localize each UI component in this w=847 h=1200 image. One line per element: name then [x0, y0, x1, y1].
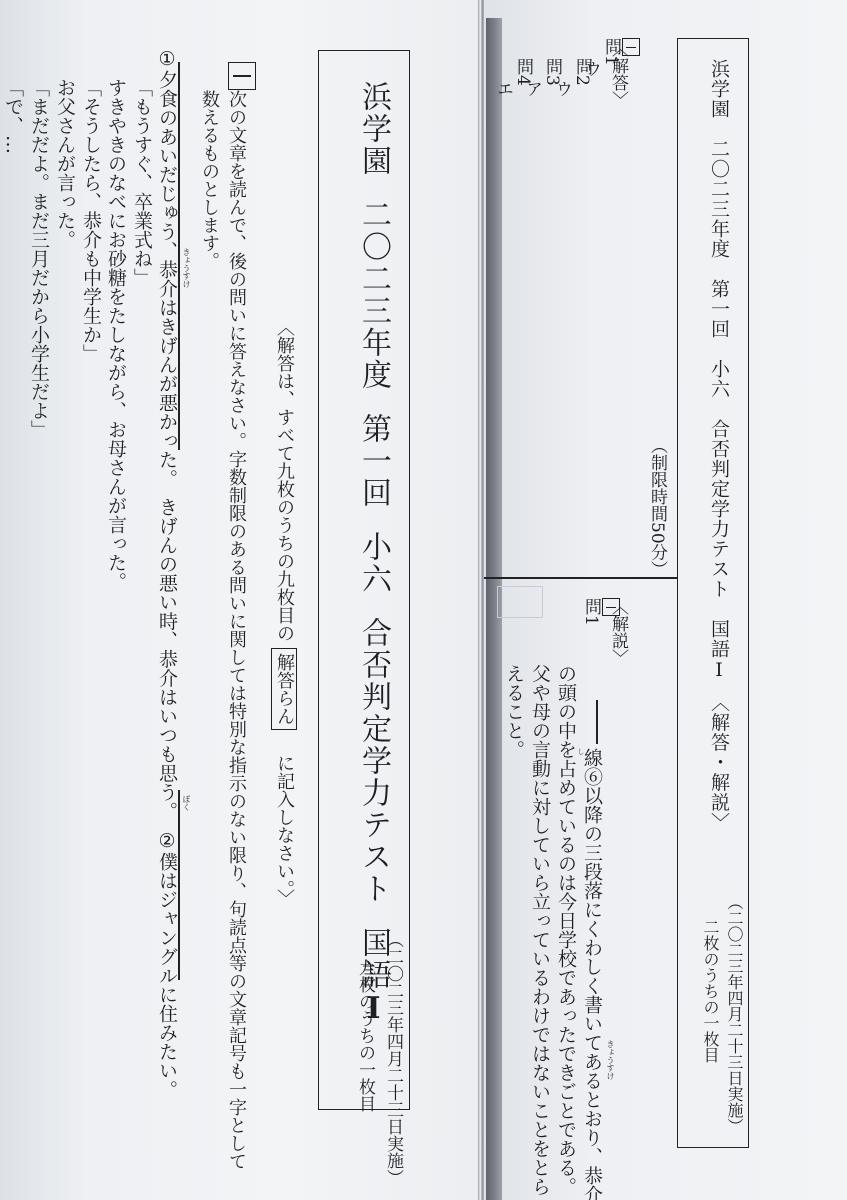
exam-year: 二〇二三年度 — [356, 199, 391, 391]
answer-instruction: 〈解答は、すべて九枚のうちの九枚目の解答らん に記入しなさい。〉 — [271, 318, 297, 907]
section-mark — [602, 598, 620, 616]
question-label: 問1 — [581, 598, 601, 626]
school-name: 浜学園 — [708, 59, 730, 119]
ruby-kyosuke: きょうすけ — [606, 1040, 615, 1080]
instruction-body-line1: 次の文章を読んで、後の問いに答えなさい。字数制限のある問いに関しては特別な指示の… — [225, 90, 247, 1170]
explanation-line-1: 線⑥以降の三段落にくわしく書いてあるとおり、恭介 — [581, 700, 603, 1200]
exam-date: （二〇二三年四月二十三日実施） — [383, 931, 403, 1186]
passage-line-1: ①夕食のあいだじゅう、恭介はきげんが悪かった。 きげんの悪い時、恭介はいつも思う… — [156, 48, 178, 1099]
ruby-boku: ぼく — [182, 795, 191, 811]
exam-title: 浜学園二〇二三年度第一回小六合否判定学力テスト国語Ⅰ — [355, 81, 391, 1028]
underlined-text-1: 夕食のあいだじゅう、恭介はきげんが悪かった。 — [156, 70, 178, 479]
section-mark — [622, 38, 640, 56]
answer-box-label: 解答らん — [271, 648, 297, 730]
underline-2 — [178, 790, 180, 980]
answer-key-title: 浜学園 二〇二三年度 第一回 小六 合否判定学力テスト 国語Ⅰ 〈解答・解説〉 — [707, 59, 731, 833]
sheet-count: 九枚のうちの一枚目 — [355, 959, 375, 1112]
explanation-question: 問1 — [581, 598, 621, 626]
instruction-text-end: に記入しなさい。〉 — [274, 754, 295, 907]
answer-key-sheet-count: 二枚のうちの一枚目 — [700, 919, 720, 1063]
test-name: 合否判定学力テスト — [356, 617, 391, 905]
section-number-box — [228, 62, 256, 90]
subject-level: Ⅰ — [708, 659, 730, 682]
answer-item-4: 問4エ — [493, 58, 533, 97]
question-label: 問1 — [601, 38, 621, 77]
passage-line-6: 「まだだよ。まだ三月だから小学生だよ」 — [28, 78, 50, 439]
instruction-body-line2: 数えるものとします。 — [198, 90, 220, 270]
question-label: 問3 — [542, 58, 562, 97]
passage-line-5: お父さんが言った。 — [54, 78, 76, 249]
passage-line-4: 「そうしたら、恭介も中学生か」 — [80, 78, 102, 363]
underline-1 — [178, 62, 180, 450]
answer-key-title-box: 浜学園 二〇二三年度 第一回 小六 合否判定学力テスト 国語Ⅰ 〈解答・解説〉 … — [677, 38, 749, 1148]
explanation-line-4: えること。 — [503, 664, 525, 759]
explanation-line-3: 父や母の言動に対していら立っているわけではないことをとら — [529, 664, 551, 1196]
answer-value: エ — [493, 80, 513, 97]
answer-key-date: （二〇二三年四月二十三日実施） — [724, 894, 744, 1134]
faint-stamp — [497, 586, 543, 618]
passage-line-2: 「もうすぐ、卒業式ね」 — [131, 78, 153, 287]
subject: 国語 — [708, 619, 730, 659]
exam-grade: 小六 — [708, 359, 730, 399]
passage-line-3: すきやきのなべにお砂糖をたしながら、お母さんが言った。 — [105, 78, 127, 591]
explanation-line-2: の頭の中を占めているのは今日学校であったできごとである。 — [555, 664, 577, 1196]
section-divider — [484, 577, 677, 579]
marker-1: ① — [156, 48, 178, 70]
exam-round: 第一回 — [356, 413, 391, 509]
ruby-kyosuke: きょうすけ — [182, 248, 191, 288]
instruction-text: 〈解答は、すべて九枚のうちの九枚目の — [274, 318, 295, 642]
marker-2: ② — [156, 830, 178, 852]
question-label: 問2 — [572, 58, 592, 97]
time-limit: （制限時間50分） — [647, 437, 667, 578]
test-name: 合否判定学力テスト — [708, 419, 730, 599]
passage-line-7: 「で、… — [2, 78, 24, 154]
school-name: 浜学園 — [356, 81, 391, 177]
passage-text: きげんの悪い時、恭介はいつも思う。 — [156, 498, 178, 812]
underlined-text-2: 僕はジャングルに住みたい。 — [156, 852, 178, 1099]
doc-type: 〈解答・解説〉 — [708, 702, 730, 833]
exam-title-box: 浜学園二〇二三年度第一回小六合否判定学力テスト国語Ⅰ （二〇二三年四月二十三日実… — [318, 50, 410, 1110]
dash-line — [596, 700, 598, 744]
question-label: 問4 — [513, 58, 533, 97]
exam-year: 二〇二三年度 — [708, 139, 730, 259]
explanation-text: 線⑥以降の三段落にくわしく書いてあるとおり、恭介 — [581, 748, 603, 1200]
exam-page: 浜学園二〇二三年度第一回小六合否判定学力テスト国語Ⅰ （二〇二三年四月二十三日実… — [0, 0, 478, 1200]
ruby-shi: し — [576, 748, 585, 755]
exam-round: 第一回 — [708, 279, 730, 339]
exam-grade: 小六 — [356, 531, 391, 595]
